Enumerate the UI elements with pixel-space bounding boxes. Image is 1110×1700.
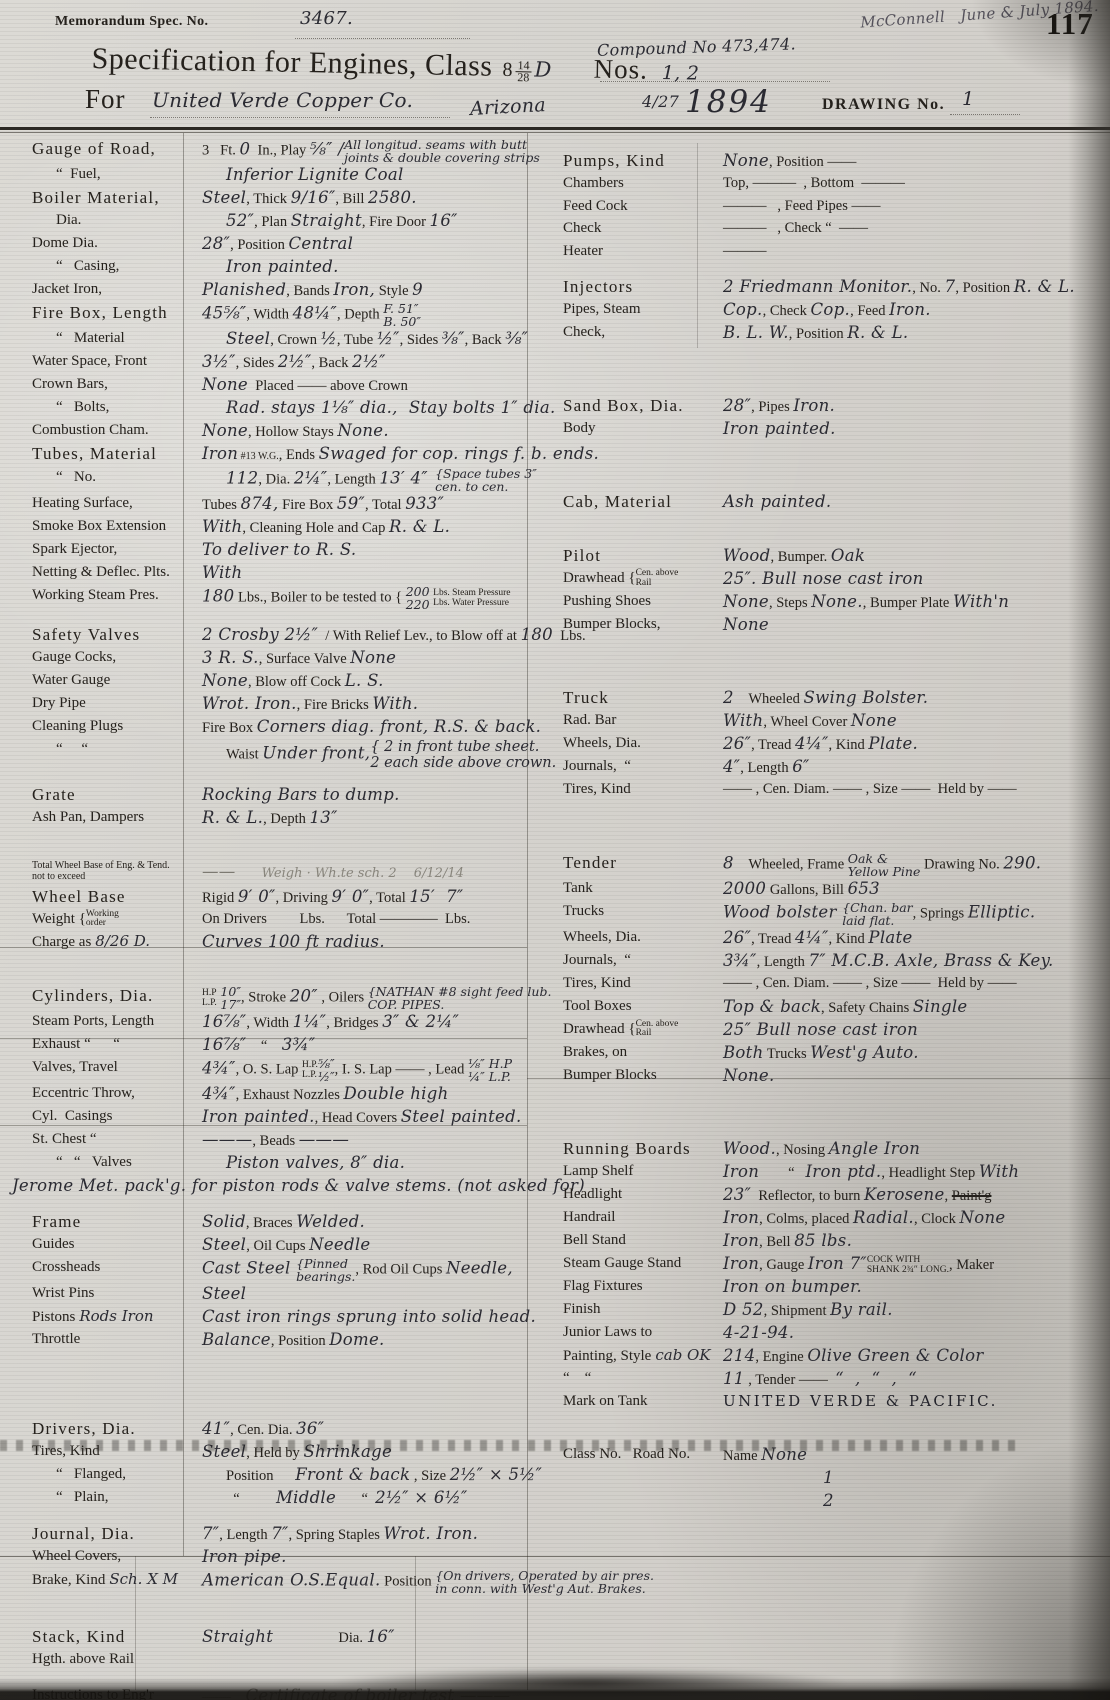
row-value: Top & back, Safety Chains Single (723, 996, 1110, 1019)
row-label: Pumps, Kind (545, 150, 723, 173)
row-label: Boiler Material, (12, 187, 202, 210)
row-value: 16⅞″ “ 3¾″ (202, 1034, 528, 1057)
spec-row: 1 (545, 1467, 1110, 1490)
row-label: Wheel Base (12, 886, 202, 909)
row-label: Cyl. Casings (12, 1106, 202, 1129)
row-value: None, Steps None., Bumper Plate With'n (723, 591, 1110, 614)
spec-row: Cab, MaterialAsh painted. (545, 491, 1110, 514)
row-label: Wheels, Dia. (545, 733, 723, 756)
row-label: “ Casing, (12, 256, 226, 279)
spec-row: Heater——— (545, 241, 1110, 264)
row-label: Dome Dia. (12, 233, 202, 256)
row-label: Junior Laws to (545, 1322, 723, 1345)
form-title: Specification for Engines, Class (91, 42, 493, 84)
row-value: ——— , Feed Pipes —— (723, 196, 1110, 219)
scan-smudge (0, 1440, 1020, 1451)
spec-row: Steam Ports, Length16⅞″, Width 1¼″, Brid… (12, 1011, 528, 1034)
spec-row: Dia.52″, Plan Straight, Fire Door 16″ (12, 210, 528, 233)
section-gap (545, 1088, 1110, 1138)
row-label: Injectors (545, 276, 723, 299)
row-value: 2 (723, 1490, 1110, 1513)
row-label: Tires, Kind (545, 973, 723, 996)
row-value: 25″. Bull nose cast iron (723, 568, 1110, 591)
row-label: Wheel Covers, (12, 1546, 202, 1569)
memo-underline (295, 37, 470, 39)
state-name: Arizona (469, 94, 546, 120)
spec-row: HandrailIron, Colms, placed Radial., Clo… (545, 1207, 1110, 1230)
spec-row: Weight {Working orderOn Drivers Lbs. Tot… (12, 909, 528, 932)
section-gap (12, 1595, 528, 1626)
engine-class: 81428D (502, 57, 552, 84)
row-value: Cop., Check Cop., Feed Iron. (723, 299, 1110, 322)
row-label: Dry Pipe (12, 693, 202, 716)
row-label: Trucks (545, 901, 723, 927)
spec-row: 2 (545, 1490, 1110, 1513)
row-value: Inferior Lignite Coal (226, 164, 528, 187)
row-label: “ Fuel, (12, 164, 226, 187)
row-label-handnote: Sch. X M (109, 1570, 178, 1588)
row-label: Gauge of Road, (12, 138, 202, 164)
row-label: Smoke Box Extension (12, 516, 202, 539)
spec-row: “ “11 , Tender —— “ , “ , “ (545, 1368, 1110, 1391)
spec-row: Drivers, Dia.41″, Cen. Dia. 36″ (12, 1418, 528, 1441)
header-rule-top (0, 127, 1110, 130)
row-value: With, Wheel Cover None (723, 710, 1110, 733)
section-gap (545, 514, 1110, 545)
spec-row: Truck2 Wheeled Swing Bolster. (545, 687, 1110, 710)
spec-row: Brakes, onBoth Trucks West'g Auto. (545, 1042, 1110, 1065)
row-value: 2 Friedmann Monitor., No. 7, Position R.… (723, 276, 1110, 299)
row-label: Working Steam Pres. (12, 585, 202, 611)
row-value: Iron painted. (723, 418, 1110, 441)
class-underline (600, 80, 830, 82)
section-gap (12, 1198, 528, 1211)
spec-row: Eccentric Throw,4¾″, Exhaust Nozzles Dou… (12, 1083, 528, 1106)
row-label: Check, (545, 322, 723, 345)
row-label: Rad. Bar (545, 710, 723, 733)
section-gap (545, 802, 1110, 852)
section-gap (545, 345, 1110, 395)
row-value: Top, ——— , Bottom ——— (723, 173, 1110, 196)
row-value: To deliver to R. S. (202, 539, 528, 562)
row-label: Lamp Shelf (545, 1161, 723, 1184)
row-label: Steam Gauge Stand (545, 1253, 723, 1276)
row-value: —— , Cen. Diam. —— , Size —— Held by —— (723, 973, 1110, 996)
row-value: On Drivers Lbs. Total ———— Lbs. (202, 909, 528, 932)
row-value: 2 Crosby 2½″ / With Relief Lev., to Blow… (202, 624, 586, 647)
row-value: 112, Dia. 2¼″, Length 13′ 4″ {Space tube… (226, 467, 528, 493)
row-label: Jacket Iron, (12, 279, 202, 302)
spec-row: Running BoardsWood., Nosing Angle Iron (545, 1138, 1110, 1161)
spec-row: Cyl. CasingsIron painted., Head Covers S… (12, 1106, 528, 1129)
row-value: UNITED VERDE & PACIFIC. (723, 1391, 1110, 1414)
row-value: 11 , Tender —— “ , “ , “ (723, 1368, 1110, 1391)
row-label: Drivers, Dia. (12, 1418, 202, 1441)
row-label: Headlight (545, 1184, 723, 1207)
row-value: 23″ Reflector, to burn Kerosene, Paint'g (723, 1184, 1110, 1207)
row-label: Journals, “ (545, 950, 723, 973)
row-label: Charge as8/26 D. (12, 931, 202, 954)
spec-row: Tool BoxesTop & back, Safety Chains Sing… (545, 996, 1110, 1019)
section-gap (545, 263, 1110, 276)
row-value: Wood, Bumper. Oak (723, 545, 1110, 568)
row-label: Safety Valves (12, 624, 202, 647)
spec-row: Sand Box, Dia.28″, Pipes Iron. (545, 395, 1110, 418)
row-label: Feed Cock (545, 196, 723, 219)
row-label: Journals, “ (545, 756, 723, 779)
row-value: 28″, Position Central (202, 233, 528, 256)
spec-row: PilotWood, Bumper. Oak (545, 545, 1110, 568)
spec-row: Drawhead {Cen. above Rail25″ Bull nose c… (545, 1019, 1110, 1042)
title-line: Specification for Engines, Class 81428D … (91, 42, 1071, 95)
spec-row: Tires, Kind—— , Cen. Diam. —— , Size —— … (545, 779, 1110, 802)
spec-row: St. Chest “———, Beads ——— (12, 1129, 528, 1152)
row-value: 28″, Pipes Iron. (723, 395, 1110, 418)
row-value: Cast Steel {Pinned bearings., Rod Oil Cu… (202, 1257, 528, 1283)
spec-row: “ No.112, Dia. 2¼″, Length 13′ 4″ {Space… (12, 467, 528, 493)
spec-row: “ Plain, “ Middle “ 2½″ × 6½″ (12, 1487, 528, 1510)
row-value: Solid, Braces Welded. (202, 1211, 528, 1234)
row-label: “ No. (12, 467, 226, 493)
for-company: United Verde Copper Co. (152, 88, 413, 112)
section-gap (545, 441, 1110, 491)
spec-row: Pumps, KindNone, Position —— (545, 150, 1110, 173)
row-value: With, Cleaning Hole and Cap R. & L. (202, 516, 528, 539)
row-value: None Placed —— above Crown (202, 374, 528, 397)
row-label: Truck (545, 687, 723, 710)
row-value: Steel (202, 1283, 528, 1306)
row-value: 4¾″, O. S. Lap H.P. L.P.⅝″ ½″, I. S. Lap… (202, 1057, 528, 1083)
row-value: With (202, 562, 528, 585)
row-label: Pipes, Steam (545, 299, 723, 322)
row-label: Frame (12, 1211, 202, 1234)
row-label: “ “ Valves (12, 1152, 226, 1175)
header-rule-bottom (0, 132, 1110, 133)
row-label: Chambers (545, 173, 723, 196)
spec-row: “ Casing,Iron painted. (12, 256, 528, 279)
for-underline (150, 116, 450, 118)
spec-row: Spark Ejector,To deliver to R. S. (12, 539, 528, 562)
row-value: Piston valves, 8″ dia. (226, 1152, 528, 1175)
row-label: Bumper Blocks (545, 1065, 723, 1088)
row-value: H.P L.P. 10″ 17″, Stroke 20″ , Oilers {N… (202, 985, 528, 1011)
spec-row: Exhaust “ “16⅞″ “ 3¾″ (12, 1034, 528, 1057)
spec-row: “ Flanged,Position Front & back , Size 2… (12, 1464, 528, 1487)
row-label: Finish (545, 1299, 723, 1322)
row-label: Tank (545, 878, 723, 901)
spec-row: Journal, Dia.7″, Length 7″, Spring Stapl… (12, 1523, 528, 1546)
spec-row: Total Wheel Base of Eng. & Tend. not to … (12, 861, 528, 886)
spec-row: Journals, “3¾″, Length 7″ M.C.B. Axle, B… (545, 950, 1110, 973)
row-label: St. Chest “ (12, 1129, 202, 1152)
row-label: “ Bolts, (12, 397, 226, 420)
year: 1894 (685, 84, 772, 120)
date-fraction: 4/27 (642, 92, 679, 111)
row-label: Weight {Working order (12, 909, 202, 932)
spec-row: Drawhead {Cen. above Rail25″. Bull nose … (545, 568, 1110, 591)
spec-row: Pushing ShoesNone, Steps None., Bumper P… (545, 591, 1110, 614)
row-value: Steel, Crown ½, Tube ½″, Sides ⅜″, Back … (226, 328, 528, 351)
row-value: Cast iron rings sprung into solid head. (202, 1306, 536, 1329)
row-label: Tubes, Material (12, 443, 202, 467)
right-column: Pumps, KindNone, Position ——ChambersTop,… (545, 150, 1110, 1513)
row-label: Instructions to Eng'r (12, 1685, 202, 1700)
memo-spec-number: 3467. (300, 8, 353, 29)
row-label: Tool Boxes (545, 996, 723, 1019)
spec-row: Ash Pan, DampersR. & L., Depth 13″ (12, 807, 528, 830)
section-gap (12, 1352, 528, 1418)
row-value: 1 (723, 1467, 1110, 1490)
row-value: Iron painted. (226, 256, 528, 279)
row-label: Running Boards (545, 1138, 723, 1161)
row-label: Water Space, Front (12, 351, 202, 374)
row-label: Hgth. above Rail (12, 1649, 202, 1672)
spec-row: Netting & Deflec. Plts.With (12, 562, 528, 585)
spec-row: ChambersTop, ——— , Bottom ——— (545, 173, 1110, 196)
row-label: Wrist Pins (12, 1283, 202, 1306)
row-label: Total Wheel Base of Eng. & Tend. not to … (12, 861, 202, 886)
row-value: Rigid 9′ 0″, Driving 9′ 0″, Total 15′ 7″ (202, 886, 528, 909)
row-value: Planished, Bands Iron, Style 9 (202, 279, 528, 302)
row-label: Pushing Shoes (545, 591, 723, 614)
row-label: Brakes, on (545, 1042, 723, 1065)
spec-row: Bumper BlocksNone. (545, 1065, 1110, 1088)
row-value: Steel, Thick 9/16″, Bill 2580. (202, 187, 528, 210)
spec-row: FrameSolid, Braces Welded. (12, 1211, 528, 1234)
spec-row: Gauge of Road,3 Ft. 0 In., Play ⅝″ /All … (12, 138, 528, 164)
row-value: 3½″, Sides 2½″, Back 2½″ (202, 351, 528, 374)
spec-row: Water Space, Front3½″, Sides 2½″, Back 2… (12, 351, 528, 374)
row-value: Waist Under front,{ 2 in front tube shee… (226, 739, 528, 771)
row-label: Dia. (12, 210, 226, 233)
row-value: 45⅝″, Width 48¼″, Depth F. 51″ B. 50″ (202, 302, 528, 328)
row-value: Tubes 874, Fire Box 59″, Total 933″ (202, 493, 528, 516)
row-value: None, Hollow Stays None. (202, 420, 528, 443)
row-value: 4¾″, Exhaust Nozzles Double high (202, 1083, 528, 1106)
form-header: Memorandum Spec. No. 3467. McConnell Jun… (0, 0, 1110, 136)
row-value: Iron painted., Head Covers Steel painted… (202, 1106, 528, 1129)
row-value: —— , Cen. Diam. —— , Size —— Held by —— (723, 779, 1110, 802)
drawing-underline (950, 113, 1020, 115)
spec-row: Junior Laws to4-21-94. (545, 1322, 1110, 1345)
row-value: Steel, Oil Cups Needle (202, 1234, 528, 1257)
spec-row: Boiler Material,Steel, Thick 9/16″, Bill… (12, 187, 528, 210)
spec-row: Lamp ShelfIron “ Iron ptd., Headlight St… (545, 1161, 1110, 1184)
spec-row: Fire Box, Length45⅝″, Width 48¼″, Depth … (12, 302, 528, 328)
row-value: Iron “ Iron ptd., Headlight Step With (723, 1161, 1110, 1184)
spec-row: Check——— , Check “ —— (545, 218, 1110, 241)
row-value: None, Position —— (723, 150, 1110, 173)
row-value: 4″, Length 6″ (723, 756, 1110, 779)
row-label: Gauge Cocks, (12, 647, 202, 670)
row-label: Fire Box, Length (12, 302, 202, 328)
row-label: Bumper Blocks, (545, 614, 723, 637)
row-value: None, Blow off Cock L. S. (202, 670, 528, 693)
spec-row: Injectors2 Friedmann Monitor., No. 7, Po… (545, 276, 1110, 299)
spec-row: Cleaning PlugsFire Box Corners diag. fro… (12, 716, 528, 739)
row-value: 3 R. S., Surface Valve None (202, 647, 528, 670)
row-value: Jerome Met. pack'g. for piston rods & va… (12, 1175, 585, 1198)
spec-row: TrucksWood bolster {Chan. bar laid flat.… (545, 901, 1110, 927)
row-value: 3 Ft. 0 In., Play ⅝″ /All longitud. seam… (202, 138, 528, 164)
spec-row: ThrottleBalance, Position Dome. (12, 1329, 528, 1352)
spec-row: “ “Waist Under front,{ 2 in front tube s… (12, 739, 528, 771)
spec-row: Flag FixturesIron on bumper. (545, 1276, 1110, 1299)
row-value: 52″, Plan Straight, Fire Door 16″ (226, 210, 528, 233)
row-value: 26″, Tread 4¼″, Kind Plate (723, 927, 1110, 950)
row-value: 2000 Gallons, Bill 653 (723, 878, 1110, 901)
row-label: Bell Stand (545, 1230, 723, 1253)
spec-row: PistonsRods IronCast iron rings sprung i… (12, 1306, 528, 1329)
spec-row: Brake, KindSch. X MAmerican O.S.Equal. P… (12, 1569, 528, 1595)
compound-note: Compound No 473,474. (597, 34, 796, 60)
row-value: Rad. stays 1⅛″ dia., Stay bolts 1″ dia. (226, 397, 556, 420)
row-value: ———, Beads ——— (202, 1129, 528, 1152)
row-label: Cab, Material (545, 491, 723, 514)
row-value: 41″, Cen. Dia. 36″ (202, 1418, 528, 1441)
row-value (202, 1649, 528, 1672)
row-label: Sand Box, Dia. (545, 395, 723, 418)
row-value: Ash painted. (723, 491, 1110, 514)
row-value: D 52, Shipment By rail. (723, 1299, 1110, 1322)
row-value: ——— , Check “ —— (723, 218, 1110, 241)
spec-row: Steam Gauge StandIron, Gauge Iron 7″COCK… (545, 1253, 1110, 1276)
document-page: Memorandum Spec. No. 3467. McConnell Jun… (0, 0, 1110, 1700)
spec-row: “ Fuel,Inferior Lignite Coal (12, 164, 528, 187)
spec-row: Safety Valves2 Crosby 2½″ / With Relief … (12, 624, 528, 647)
spec-row: Smoke Box ExtensionWith, Cleaning Hole a… (12, 516, 528, 539)
row-label: Steam Ports, Length (12, 1011, 202, 1034)
spec-row: Tires, Kind—— , Cen. Diam. —— , Size —— … (545, 973, 1110, 996)
row-label: Grate (12, 784, 202, 807)
row-label: Spark Ejector, (12, 539, 202, 562)
spec-row: Dry PipeWrot. Iron., Fire Bricks With. (12, 693, 528, 716)
row-label: Throttle (12, 1329, 202, 1352)
row-label: Combustion Cham. (12, 420, 202, 443)
row-label: Valves, Travel (12, 1057, 202, 1083)
row-label: Cylinders, Dia. (12, 985, 202, 1011)
row-value: B. L. W., Position R. & L. (723, 322, 1110, 345)
spec-row: “ “ ValvesPiston valves, 8″ dia. (12, 1152, 528, 1175)
spec-row: Working Steam Pres.180 Lbs., Boiler to b… (12, 585, 528, 611)
section-gap (12, 954, 528, 985)
row-value: 3¾″, Length 7″ M.C.B. Axle, Brass & Key. (723, 950, 1110, 973)
row-value: 7″, Length 7″, Spring Staples Wrot. Iron… (202, 1523, 528, 1546)
spec-row: Valves, Travel4¾″, O. S. Lap H.P. L.P.⅝″… (12, 1057, 528, 1083)
spec-row: Wheels, Dia.26″, Tread 4¼″, Kind Plate (545, 927, 1110, 950)
row-value: 8 Wheeled, Frame Oak & Yellow Pine Drawi… (723, 852, 1110, 878)
spec-row: Tubes, MaterialIron #13 W.G., Ends Swage… (12, 443, 528, 467)
row-label: Tires, Kind (545, 779, 723, 802)
row-label: “ Flanged, (12, 1464, 226, 1487)
drawing-label: DRAWING No. (822, 96, 945, 114)
drawing-number: 1 (962, 88, 974, 110)
row-label: Crown Bars, (12, 374, 202, 397)
spec-row: Water GaugeNone, Blow off Cock L. S. (12, 670, 528, 693)
spec-row: Jacket Iron,Planished, Bands Iron, Style… (12, 279, 528, 302)
row-value: Iron on bumper. (723, 1276, 1110, 1299)
spec-row: FinishD 52, Shipment By rail. (545, 1299, 1110, 1322)
row-label: Wheels, Dia. (545, 927, 723, 950)
spec-row: Pipes, SteamCop., Check Cop., Feed Iron. (545, 299, 1110, 322)
spec-row: Wheels, Dia.26″, Tread 4¼″, Kind Plate. (545, 733, 1110, 756)
row-label: Check (545, 218, 723, 241)
spec-row: Tank2000 Gallons, Bill 653 (545, 878, 1110, 901)
memo-spec-label: Memorandum Spec. No. (55, 14, 208, 30)
row-label (545, 1467, 723, 1490)
row-value: Wrot. Iron., Fire Bricks With. (202, 693, 528, 716)
row-label: Body (545, 418, 723, 441)
spec-row: Wheel Covers,Iron pipe. (12, 1546, 528, 1569)
spec-row: Painting, Stylecab OK214, Engine Olive G… (545, 1345, 1110, 1368)
row-label: Heating Surface, (12, 493, 202, 516)
section-gap (12, 830, 528, 861)
row-value: Wood., Nosing Angle Iron (723, 1138, 1110, 1161)
spec-row: Rad. BarWith, Wheel Cover None (545, 710, 1110, 733)
row-value: 16⅞″, Width 1¼″, Bridges 3″ & 2¼″ (202, 1011, 528, 1034)
row-label: Cleaning Plugs (12, 716, 202, 739)
row-label: Ash Pan, Dampers (12, 807, 202, 830)
row-label: “ Material (12, 328, 226, 351)
row-label: Water Gauge (12, 670, 202, 693)
row-label: Flag Fixtures (545, 1276, 723, 1299)
row-label: Pilot (545, 545, 723, 568)
row-label: Netting & Deflec. Plts. (12, 562, 202, 585)
spec-row: Feed Cock——— , Feed Pipes —— (545, 196, 1110, 219)
section-gap (12, 771, 528, 784)
spec-row: Headlight23″ Reflector, to burn Kerosene… (545, 1184, 1110, 1207)
row-value: None (723, 614, 1110, 637)
row-label: Exhaust “ “ (12, 1034, 202, 1057)
row-label: Eccentric Throw, (12, 1083, 202, 1106)
row-value: 214, Engine Olive Green & Color (723, 1345, 1110, 1368)
row-label: Drawhead {Cen. above Rail (545, 1019, 723, 1042)
spec-row: “ Bolts,Rad. stays 1⅛″ dia., Stay bolts … (12, 397, 528, 420)
row-value: Iron #13 W.G., Ends Swaged for cop. ring… (202, 443, 599, 467)
spec-row: Combustion Cham.None, Hollow Stays None. (12, 420, 528, 443)
row-value: Iron, Gauge Iron 7″COCK WITH SHANK 2¾″ L… (723, 1253, 1110, 1276)
left-column: Gauge of Road,3 Ft. 0 In., Play ⅝″ /All … (12, 138, 528, 1700)
spec-row: BodyIron painted. (545, 418, 1110, 441)
row-label: Guides (12, 1234, 202, 1257)
section-gap (545, 637, 1110, 687)
spec-row: Mark on TankUNITED VERDE & PACIFIC. (545, 1391, 1110, 1414)
row-label: “ “ (12, 739, 226, 771)
spec-row: Wheel BaseRigid 9′ 0″, Driving 9′ 0″, To… (12, 886, 528, 909)
row-label: Drawhead {Cen. above Rail (545, 568, 723, 591)
spec-row: Jerome Met. pack'g. for piston rods & va… (12, 1175, 528, 1198)
row-value: ——— (723, 241, 1110, 264)
spec-row: Bell StandIron, Bell 85 lbs. (545, 1230, 1110, 1253)
row-value: Curves 100 ft radius. (202, 931, 528, 954)
row-label-handnote: Rods Iron (79, 1307, 153, 1325)
row-value: R. & L., Depth 13″ (202, 807, 528, 830)
row-label: Painting, Stylecab OK (545, 1345, 723, 1368)
spec-row: Stack, KindStraight Dia. 16″ (12, 1626, 528, 1649)
spec-row: Cylinders, Dia.H.P L.P. 10″ 17″, Stroke … (12, 985, 528, 1011)
spec-row: GuidesSteel, Oil Cups Needle (12, 1234, 528, 1257)
for-label: For (85, 84, 126, 115)
row-label: PistonsRods Iron (12, 1306, 202, 1329)
spec-row: Charge as8/26 D.Curves 100 ft radius. (12, 931, 528, 954)
row-value: Position Front & back , Size 2½″ × 5½″ (226, 1464, 542, 1487)
spec-row: Tender8 Wheeled, Frame Oak & Yellow Pine… (545, 852, 1110, 878)
row-value: 2 Wheeled Swing Bolster. (723, 687, 1110, 710)
spec-row: Crown Bars,None Placed —— above Crown (12, 374, 528, 397)
row-label: Mark on Tank (545, 1391, 723, 1414)
spec-row: Heating Surface,Tubes 874, Fire Box 59″,… (12, 493, 528, 516)
spec-row: Check,B. L. W., Position R. & L. (545, 322, 1110, 345)
